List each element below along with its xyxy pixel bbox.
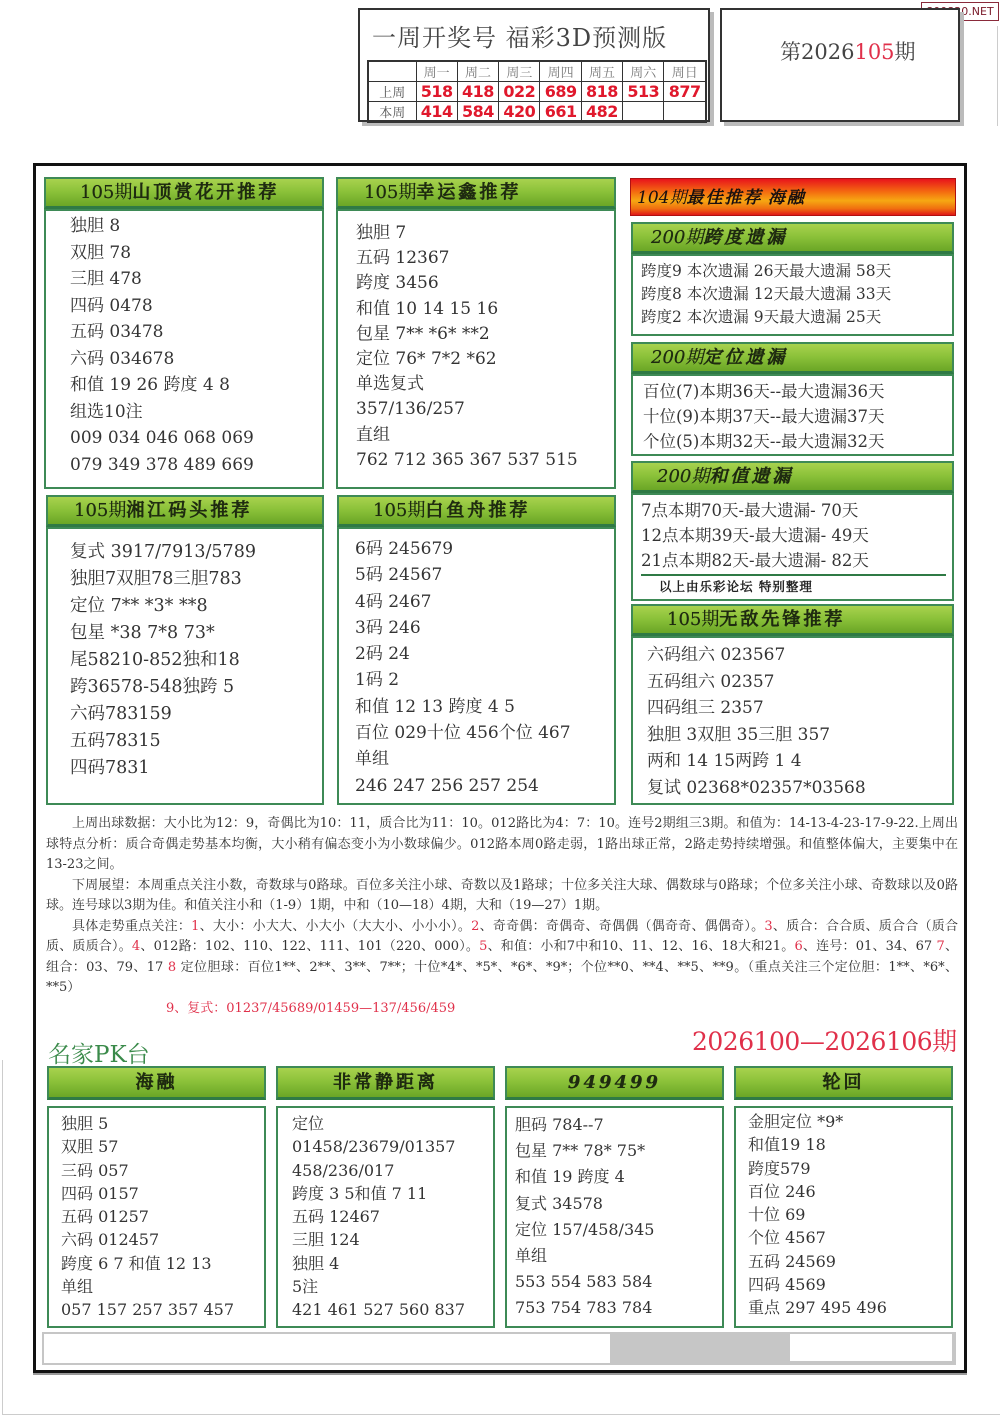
trend-intro: 具体走势重点关注： [72,919,191,934]
panel-wudi: 105期无敌先锋推荐 六码组六 023567 五码组六 02357 四码组三 2… [631,604,954,805]
panel-position-omission: 200期定位遗漏 百位(7)本期36天--最大遗漏36天 十位(9)本期37天-… [631,342,954,456]
list-item: 六码783159 [70,701,322,728]
best-title-author: 海融 [768,188,806,208]
weekly-draws-box: 一周开奖号 福彩3D预测版 周一 周二 周三 周四 周五 周六 周日 上周 51… [358,8,710,122]
issue-box: 第2026105期 [720,8,960,122]
list-item: 553 554 583 584 [515,1269,722,1295]
list-item: 跨36578-548独跨 5 [70,674,322,701]
expert-name: 非常静距离 [333,1072,438,1093]
best-title-name: 最佳推荐 [686,188,762,208]
draw-number: 420 [499,102,540,123]
list-item: 组选10注 [70,399,322,426]
weekday-header-row: 周一 周二 周三 周四 周五 周六 周日 [368,61,706,82]
item-number: 6 [794,939,802,954]
issue-number: 第2026105期 [780,36,916,66]
list-item: 百位 029十位 456个位 467 [355,720,614,746]
list-item: 百位 246 [748,1180,951,1203]
list-item: 跨度2 本次遗漏 9天最大遗漏 25天 [641,306,952,329]
pk-expert-2: 非常静距离 定位 01458/23679/01357 458/236/017 跨… [276,1066,495,1328]
row-label: 上周 [368,82,416,102]
list-item: 单组 [355,746,614,772]
draw-number: 689 [540,82,581,102]
list-item: 金胆定位 *9* [748,1110,951,1133]
list-item: 复式 34578 [515,1191,722,1217]
list-item: 和值 12 13 跨度 4 5 [355,694,614,720]
list-item: 四码 4569 [748,1273,951,1296]
expert-name-header: 非常静距离 [276,1066,495,1100]
panel-title-name: 幸运鑫推荐 [416,182,521,203]
item-text: 、奇奇偶：奇偶奇、奇偶偶（偶奇奇、偶偶奇）。 [479,919,764,934]
list-item: 定位 7** *3* **8 [70,593,322,620]
list-item: 单组 [515,1243,722,1269]
row-label: 本周 [368,102,416,123]
item-text: 定位胆球：百位1**、2**、3**、7**；十位*4*、*5*、*6*、*9*… [46,960,958,996]
list-item: 复式 3917/7913/5789 [70,539,322,566]
list-item: 独胆 8 [70,213,322,240]
list-item: 跨度 3 5和值 7 11 [292,1182,493,1205]
list-item: 五码78315 [70,728,322,755]
list-item: 5注 [292,1275,493,1298]
panel-xiangjiang: 105期湘江码头推荐 复式 3917/7913/5789 独胆7双胆78三胆78… [46,495,324,805]
list-item: 三胆 124 [292,1228,493,1251]
panel-header: 105期山顶赏花开推荐 [44,177,324,209]
panel-title-name: 湘江码头推荐 [126,500,252,521]
list-item: 包星 *38 7*8 73* [70,620,322,647]
draw-number: 513 [623,82,664,102]
list-item: 百位(7)本期36天--最大遗漏36天 [643,379,952,404]
item-9-compound: 9、复式：01237/45689/01459—137/456/459 [46,999,958,1020]
list-item: 跨度579 [748,1157,951,1180]
draw-number: 482 [581,102,622,123]
panel-body: 7点本期70天-最大遗漏- 70天 12点本期39天-最大遗漏- 49天 21点… [631,493,954,601]
item-text: 、大小：小大大、小大小（大大小、小小小）。 [199,919,471,934]
list-item: 四码 0157 [61,1182,264,1205]
list-item: 尾58210-852独和18 [70,647,322,674]
weekday-cell: 周二 [457,61,498,82]
weekday-cell: 周五 [581,61,622,82]
list-item: 五码 12467 [292,1205,493,1228]
list-item: 个位 4567 [748,1226,951,1249]
list-item: 246 247 256 257 254 [355,773,614,799]
draw-number: 418 [457,82,498,102]
panel-header: 105期幸运鑫推荐 [336,177,616,209]
panel-title-name: 白鱼舟推荐 [425,500,530,521]
list-item: 21点本期82天-最大遗漏- 82天 [641,548,952,573]
draw-number: 584 [457,102,498,123]
panel-header: 105期湘江码头推荐 [46,495,324,527]
list-item: 个位(5)本期32天--最大遗漏32天 [643,429,952,454]
list-item: 独胆 5 [61,1112,264,1135]
list-item: 跨度9 本次遗漏 26天最大遗漏 58天 [641,260,952,283]
list-item: 四码 0478 [70,293,322,320]
list-item: 五码 24569 [748,1250,951,1273]
list-item: 跨度8 本次遗漏 12天最大遗漏 33天 [641,283,952,306]
panel-title-name: 跨度遗漏 [703,227,787,248]
list-item: 独胆 7 [356,221,614,246]
list-item: 12点本期39天-最大遗漏- 49天 [641,523,952,548]
panel-body: 六码组六 023567 五码组六 02357 四码组三 2357 独胆 3双胆 … [631,636,954,805]
panel-title-name: 和值遗漏 [709,466,793,487]
expert-name-header: 轮回 [734,1066,953,1100]
list-item: 1码 2 [355,667,614,693]
panel-title-name: 山顶赏花开推荐 [132,182,279,203]
best-recommend-header: 104期最佳推荐 海融 [630,178,956,216]
list-item: 单选复式 [356,372,614,397]
list-item: 753 754 783 784 [515,1295,722,1321]
list-item: 057 157 257 357 457 [61,1298,264,1321]
list-item: 2码 24 [355,641,614,667]
page-title: 一周开奖号 福彩3D预测版 [372,18,667,53]
draw-number: 518 [416,82,457,102]
expert-name-header: 949499 [505,1066,724,1100]
trend-focus: 具体走势重点关注：1、大小：小大大、小大小（大大小、小小小）。2、奇奇偶：奇偶奇… [46,917,958,999]
this-week-row: 本周 414 584 420 661 482 [368,102,706,123]
list-item: 重点 297 495 496 [748,1296,951,1319]
panel-body: 百位(7)本期36天--最大遗漏36天 十位(9)本期37天--最大遗漏37天 … [631,374,954,456]
panel-title-prefix: 105期 [373,500,425,521]
edge-divider [997,26,998,126]
expert-name: 海融 [136,1072,178,1093]
list-item: 6码 245679 [355,536,614,562]
list-item: 六码组六 023567 [647,642,952,669]
weekday-cell: 周三 [499,61,540,82]
credit-note: 以上由乐彩论坛 特别整理 [641,576,952,598]
draw-number: 661 [540,102,581,123]
panel-body: 跨度9 本次遗漏 26天最大遗漏 58天 跨度8 本次遗漏 12天最大遗漏 33… [631,254,954,336]
pk-expert-1: 海融 独胆 5 双胆 57 三码 057 四码 0157 五码 01257 六码… [47,1066,266,1328]
outer-border-bottom [2,1414,1000,1415]
list-item: 五码 03478 [70,319,322,346]
panel-title-name: 无敌先锋推荐 [719,609,845,630]
list-item: 直组 [356,423,614,448]
list-item: 复试 02368*02357*03568 [647,775,952,802]
list-item: 7点本期70天-最大遗漏- 70天 [641,498,952,523]
list-item: 六码 012457 [61,1228,264,1251]
list-item: 458/236/017 [292,1159,493,1182]
item-number: 8 [168,960,176,975]
draw-number: 022 [499,82,540,102]
list-item: 包星 7** 78* 75* [515,1138,722,1164]
list-item: 四码组三 2357 [647,695,952,722]
item-number: 3 [764,919,772,934]
list-item: 单组 [61,1275,264,1298]
expert-picks: 独胆 5 双胆 57 三码 057 四码 0157 五码 01257 六码 01… [47,1106,266,1328]
expert-picks: 定位 01458/23679/01357 458/236/017 跨度 3 5和… [276,1106,495,1328]
panel-title-prefix: 200期 [651,227,703,248]
panel-title-name: 定位遗漏 [703,347,787,368]
list-item: 762 712 365 367 537 515 [356,448,614,473]
list-item: 六码 034678 [70,346,322,373]
list-item: 定位 76* 7*2 *62 [356,347,614,372]
list-item: 独胆 4 [292,1252,493,1275]
panel-baiyu: 105期白鱼舟推荐 6码 245679 5码 24567 4码 2467 3码 … [337,495,616,805]
weekday-cell: 周一 [416,61,457,82]
list-item: 跨度 6 7 和值 12 13 [61,1252,264,1275]
panel-body: 独胆 7 五码 12367 跨度 3456 和值 10 14 15 16 包星 … [336,209,616,489]
draw-number: 818 [581,82,622,102]
list-item: 胆码 784--7 [515,1112,722,1138]
list-item: 009 034 046 068 069 [70,425,322,452]
list-item: 五码 01257 [61,1205,264,1228]
item-text: 、012路：102、110、122、111、101（220、000）。 [140,939,479,954]
list-item: 十位 69 [748,1203,951,1226]
panel-header: 200期跨度遗漏 [631,222,954,254]
expert-picks: 金胆定位 *9* 和值19 18 跨度579 百位 246 十位 69 个位 4… [734,1106,953,1328]
footer-blank-box [790,1334,952,1361]
period-range: 2026100—2026106期 [692,1022,957,1058]
list-item: 独胆7双胆78三胆783 [70,566,322,593]
item-text: 、和值：小和7中和10、11、12、16、18大和21。 [487,939,794,954]
pk-section-title: 名家PK台 [48,1036,150,1069]
last-week-analysis: 上周出球数据：大小比为12：9，奇偶比为10：11，质合比为11：10。012路… [46,814,958,876]
draw-number: 877 [664,82,706,102]
pk-expert-3: 949499 胆码 784--7 包星 7** 78* 75* 和值 19 跨度… [505,1066,724,1328]
panel-title-prefix: 200期 [657,466,709,487]
panel-title-prefix: 200期 [651,347,703,368]
list-item: 独胆 3双胆 35三胆 357 [647,722,952,749]
corner-cell [368,61,416,82]
expert-picks: 胆码 784--7 包星 7** 78* 75* 和值 19 跨度 4 复式 3… [505,1106,724,1328]
next-week-outlook: 下周展望：本周重点关注小数，奇数球与0路球。百位多关注小球、奇数以及1路球；十位… [46,876,958,917]
panel-header: 105期无敌先锋推荐 [631,604,954,636]
list-item: 01458/23679/01357 [292,1135,493,1158]
item-text: 、连号：01、34、67 [803,939,932,954]
list-item: 四码7831 [70,755,322,782]
panel-title-prefix: 105期 [667,609,719,630]
list-item: 079 349 378 489 669 [70,452,322,479]
footer-blank-field [44,1334,610,1363]
list-item: 两和 14 15两跨 1 4 [647,748,952,775]
list-item: 五码 12367 [356,246,614,271]
weekday-cell: 周日 [664,61,706,82]
panel-title-prefix: 105期 [80,182,132,203]
analysis-section: 上周出球数据：大小比为12：9，奇偶比为10：11，质合比为11：10。012路… [46,814,958,1019]
outer-border-left [2,1060,3,1415]
best-title-prefix: 104期 [637,188,686,208]
draw-number [623,102,664,123]
panel-shanding: 105期山顶赏花开推荐 独胆 8 双胆 78 三胆 478 四码 0478 五码… [44,177,324,489]
panel-header: 200期和值遗漏 [631,461,954,493]
expert-name: 轮回 [823,1072,865,1093]
draw-number: 414 [416,102,457,123]
expert-name: 949499 [568,1072,661,1093]
list-item: 定位 157/458/345 [515,1217,722,1243]
list-item: 和值 19 26 跨度 4 8 [70,372,322,399]
list-item: 5码 24567 [355,562,614,588]
list-item: 十位(9)本期37天--最大遗漏37天 [643,404,952,429]
pk-expert-4: 轮回 金胆定位 *9* 和值19 18 跨度579 百位 246 十位 69 个… [734,1066,953,1328]
list-item: 3码 246 [355,615,614,641]
issue-suffix: 期 [895,40,916,64]
panel-xingyun: 105期幸运鑫推荐 独胆 7 五码 12367 跨度 3456 和值 10 14… [336,177,616,489]
list-item: 和值19 18 [748,1133,951,1156]
list-item: 421 461 527 560 837 [292,1298,493,1321]
list-item: 和值 10 14 15 16 [356,297,614,322]
list-item: 双胆 57 [61,1135,264,1158]
list-item: 和值 19 跨度 4 [515,1164,722,1190]
panel-title-prefix: 105期 [364,182,416,203]
issue-number-red: 105 [854,40,894,64]
item-number: 7 [937,939,945,954]
panel-body: 复式 3917/7913/5789 独胆7双胆78三胆783 定位 7** *3… [46,527,324,805]
last-week-row: 上周 518 418 022 689 818 513 877 [368,82,706,102]
panel-span-omission: 200期跨度遗漏 跨度9 本次遗漏 26天最大遗漏 58天 跨度8 本次遗漏 1… [631,222,954,336]
panel-body: 6码 245679 5码 24567 4码 2467 3码 246 2码 24 … [337,527,616,805]
list-item: 357/136/257 [356,397,614,422]
panel-sum-omission: 200期和值遗漏 7点本期70天-最大遗漏- 70天 12点本期39天-最大遗漏… [631,461,954,601]
list-item: 五码组六 02357 [647,669,952,696]
list-item: 包星 7** *6* **2 [356,322,614,347]
list-item: 双胆 78 [70,240,322,267]
draw-number [664,102,706,123]
list-item: 跨度 3456 [356,271,614,296]
panel-body: 独胆 8 双胆 78 三胆 478 四码 0478 五码 03478 六码 03… [44,209,324,489]
item-number: 4 [132,939,140,954]
list-item: 定位 [292,1112,493,1135]
list-item: 三码 057 [61,1159,264,1182]
expert-name-header: 海融 [47,1066,266,1100]
panel-title-prefix: 105期 [74,500,126,521]
issue-prefix: 第2026 [780,40,854,64]
weekday-cell: 周四 [540,61,581,82]
weekly-draws-table: 周一 周二 周三 周四 周五 周六 周日 上周 518 418 022 689 … [367,60,707,123]
list-item: 4码 2467 [355,589,614,615]
panel-header: 105期白鱼舟推荐 [337,495,616,527]
list-item: 三胆 478 [70,266,322,293]
weekday-cell: 周六 [623,61,664,82]
panel-header: 200期定位遗漏 [631,342,954,374]
